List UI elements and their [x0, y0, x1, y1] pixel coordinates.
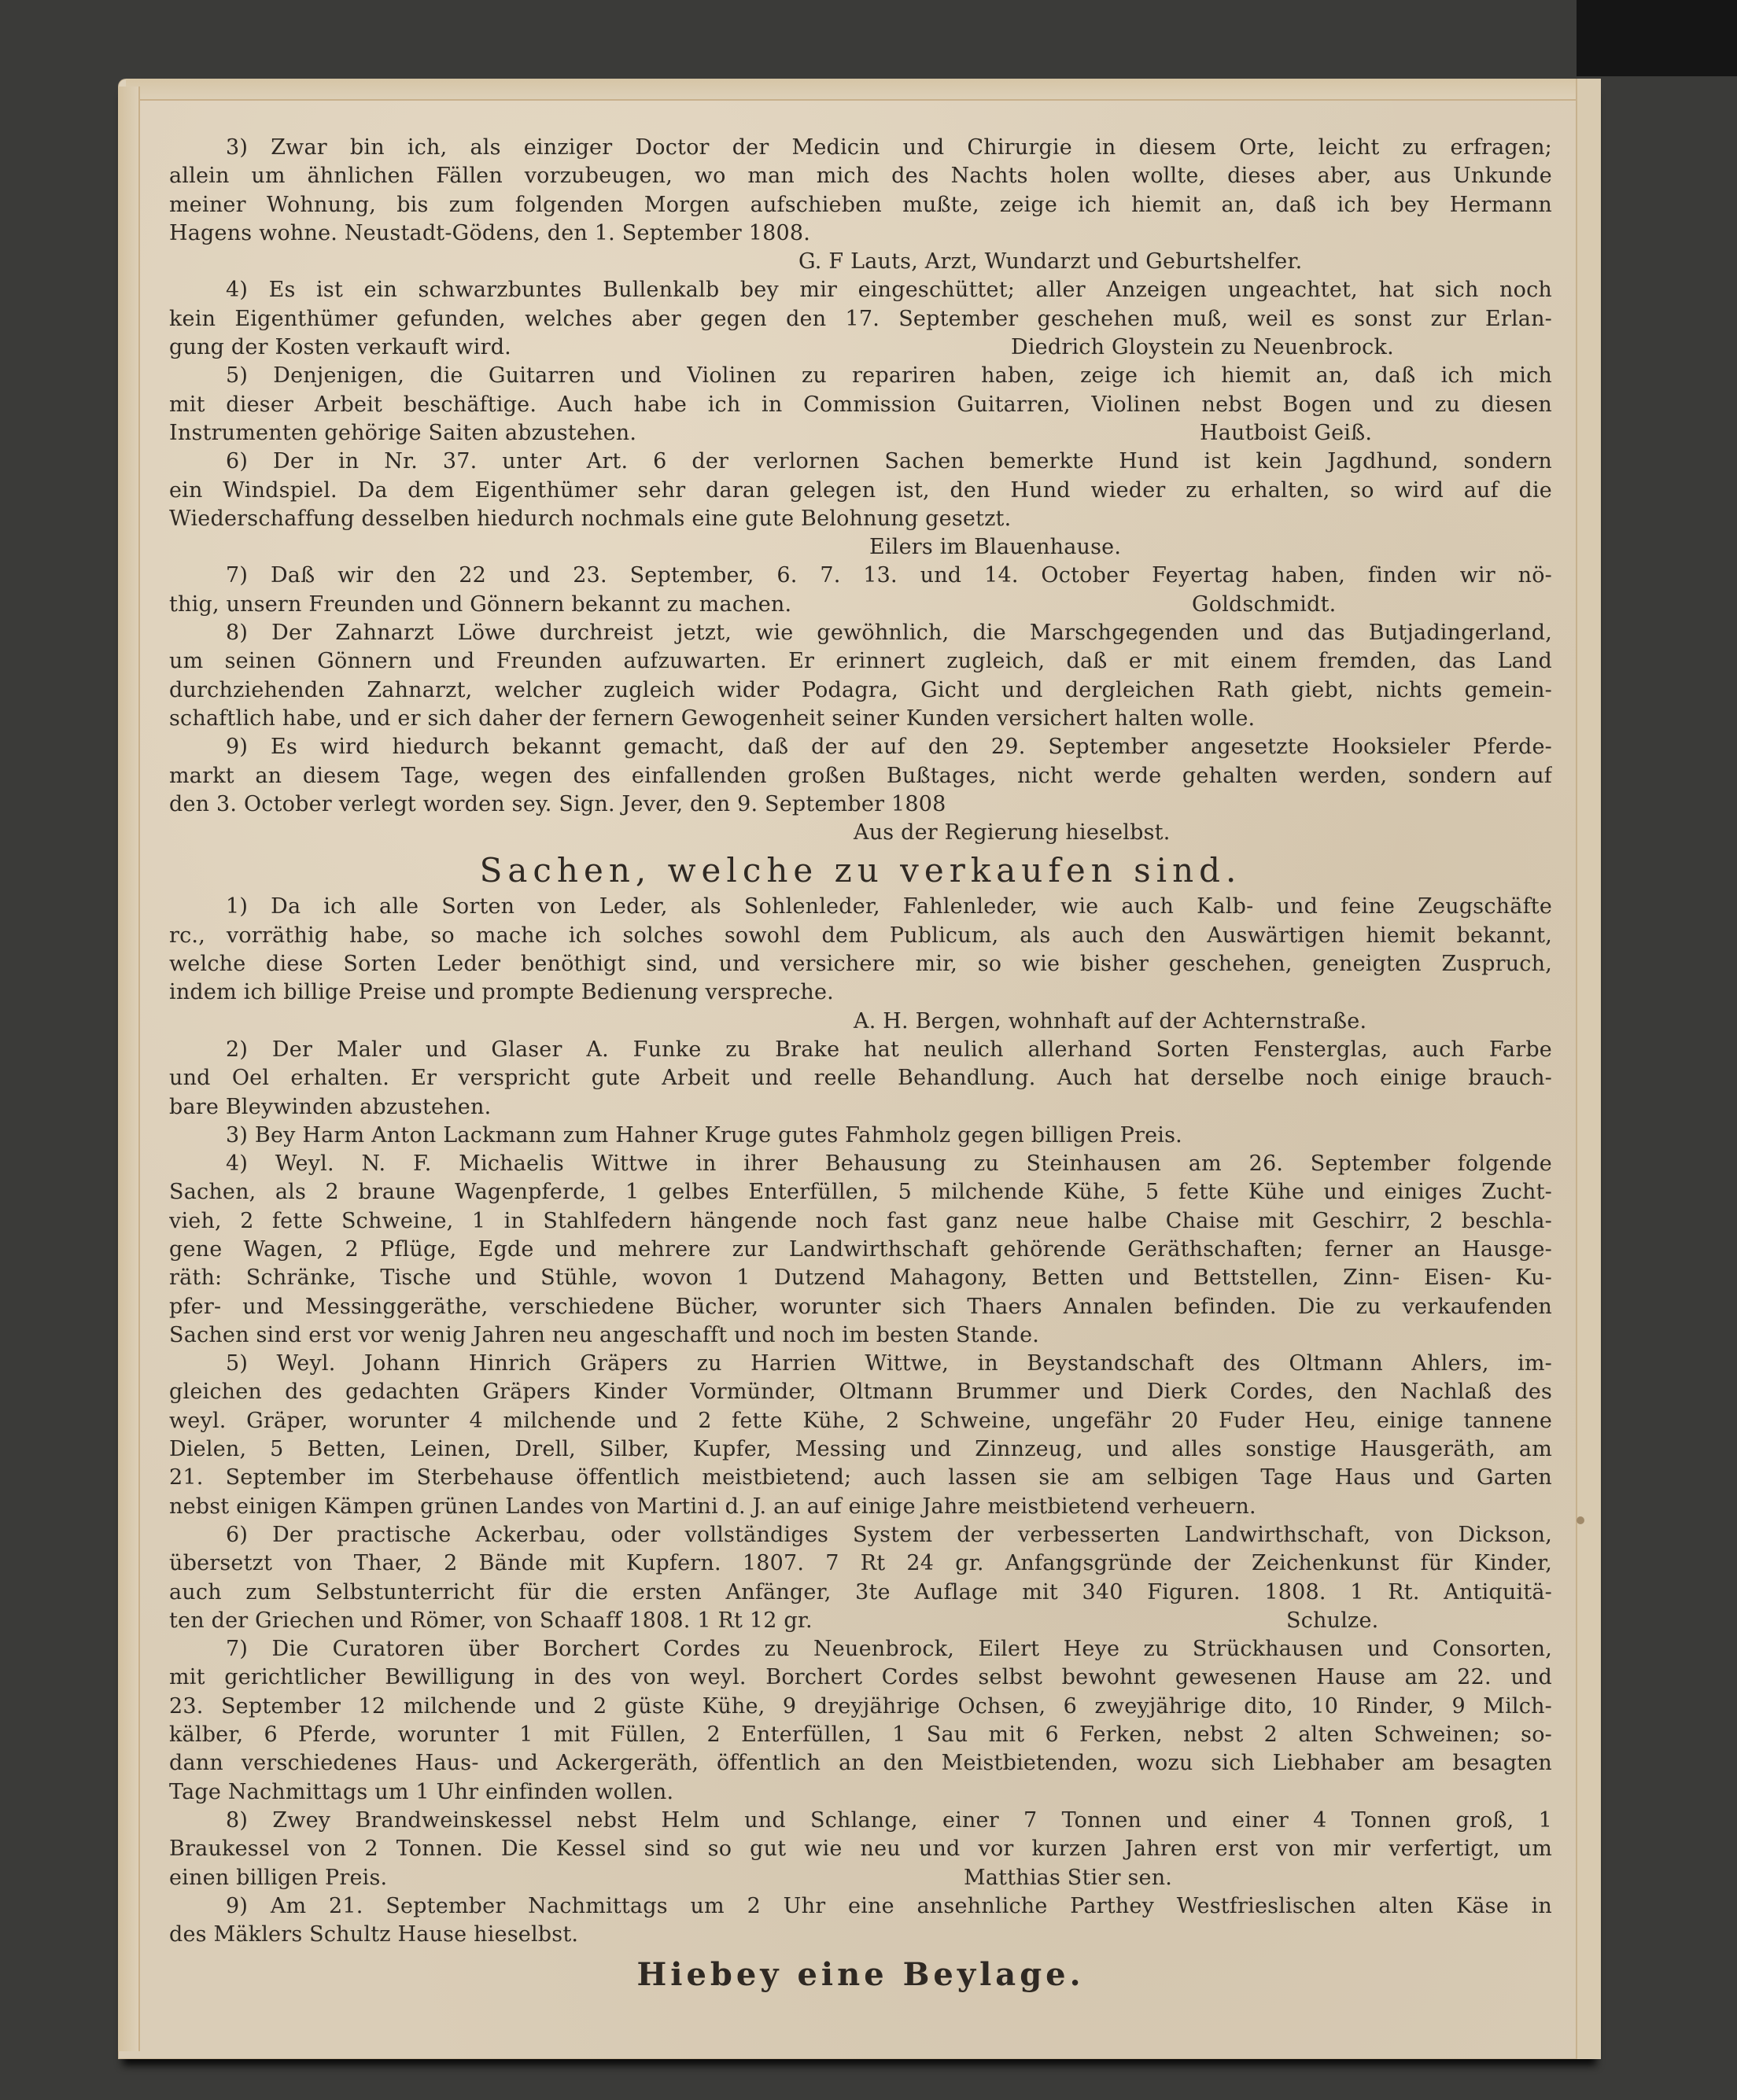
notice-text: meiner Wohnung, bis zum folgenden Morgen…	[169, 193, 1552, 217]
notice-line: mit gerichtlicher Bewilligung in des von…	[169, 1663, 1552, 1692]
notices-section: 3) Zwar bin ich, als einziger Doctor der…	[169, 134, 1552, 847]
notice-item: 6) Der in Nr. 37. unter Art. 6 der verlo…	[169, 448, 1552, 562]
notice-first-line: 5) Denjenigen, die Guitarren und Violine…	[169, 362, 1552, 390]
notice-number: 3)	[226, 1123, 248, 1148]
notice-item: 9) Am 21. September Nachmittags um 2 Uhr…	[169, 1892, 1552, 1950]
notice-line: bare Bleywinden abzustehen.	[169, 1093, 1552, 1122]
notice-signature: A. H. Bergen, wohnhaft auf der Achternst…	[169, 1008, 1552, 1036]
notice-first-line: 4) Es ist ein schwarzbuntes Bullenkalb b…	[169, 276, 1552, 304]
notice-text: 21. September im Sterbehause öffentlich …	[169, 1465, 1552, 1490]
notice-line: Braukessel von 2 Tonnen. Die Kessel sind…	[169, 1835, 1552, 1863]
notice-signature: G. F Lauts, Arzt, Wundarzt und Geburtshe…	[169, 248, 1552, 276]
notice-text: kein Eigenthümer gefunden, welches aber …	[169, 307, 1552, 331]
page-edge-top	[126, 79, 1601, 101]
notice-line: mit dieser Arbeit beschäftige. Auch habe…	[169, 391, 1552, 419]
notice-text: Sachen, als 2 braune Wagenpferde, 1 gelb…	[169, 1180, 1552, 1204]
notice-text: gung der Kosten verkauft wird.	[169, 335, 511, 359]
notice-text: gene Wagen, 2 Pflüge, Egde und mehrere z…	[169, 1237, 1552, 1262]
notice-text: ten der Griechen und Römer, von Schaaff …	[169, 1608, 813, 1633]
notice-text: gleichen des gedachten Gräpers Kinder Vo…	[169, 1380, 1552, 1404]
notice-item: 8) Zwey Brandweinskessel nebst Helm und …	[169, 1807, 1552, 1892]
notice-text: mit gerichtlicher Bewilligung in des von…	[169, 1665, 1552, 1689]
notice-signature: Aus der Regierung hieselbst.	[169, 819, 1552, 847]
notice-number: 1)	[226, 894, 248, 919]
notice-text: welche diese Sorten Leder benöthigt sind…	[169, 952, 1552, 976]
notice-line: schaftlich habe, und er sich daher der f…	[169, 705, 1552, 733]
notice-number: 7)	[226, 563, 248, 588]
dark-backdrop-corner	[1577, 0, 1737, 76]
notice-line: Sachen sind erst vor wenig Jahren neu an…	[169, 1321, 1552, 1350]
notice-text: den 3. October verlegt worden sey. Sign.…	[169, 792, 946, 816]
notice-first-line: 7) Daß wir den 22 und 23. September, 6. …	[169, 562, 1552, 590]
notice-line: gleichen des gedachten Gräpers Kinder Vo…	[169, 1378, 1552, 1406]
notice-text: durchziehenden Zahnarzt, welcher zugleic…	[169, 678, 1552, 702]
notice-line: des Mäklers Schultz Hause hieselbst.	[169, 1921, 1552, 1949]
notice-text: Der practische Ackerbau, oder vollständi…	[272, 1523, 1552, 1547]
notice-text: thig, unsern Freunden und Gönnern bekann…	[169, 592, 791, 617]
notice-text: Der in Nr. 37. unter Art. 6 der verlorne…	[273, 449, 1552, 473]
notice-text: nebst einigen Kämpen grünen Landes von M…	[169, 1494, 1256, 1519]
notice-number: 8)	[226, 621, 248, 645]
page-content: 3) Zwar bin ich, als einziger Doctor der…	[169, 134, 1552, 1995]
notice-text: schaftlich habe, und er sich daher der f…	[169, 706, 1255, 731]
notice-text: Bey Harm Anton Lackmann zum Hahner Kruge…	[255, 1123, 1182, 1148]
page-edge-right	[1576, 79, 1601, 2059]
notice-line: Tage Nachmittags um 1 Uhr einfinden woll…	[169, 1778, 1552, 1807]
notice-item: 3) Zwar bin ich, als einziger Doctor der…	[169, 134, 1552, 276]
section-heading: Sachen, welche zu verkaufen sind.	[169, 852, 1552, 890]
notice-text: Dielen, 5 Betten, Leinen, Drell, Silber,…	[169, 1437, 1552, 1461]
notice-line: kälber, 6 Pferde, worunter 1 mit Füllen,…	[169, 1721, 1552, 1749]
notice-line: nebst einigen Kämpen grünen Landes von M…	[169, 1493, 1552, 1521]
notice-line: dann verschiedenes Haus- und Ackergeräth…	[169, 1749, 1552, 1778]
notice-first-line: 9) Am 21. September Nachmittags um 2 Uhr…	[169, 1892, 1552, 1921]
notice-item: 1) Da ich alle Sorten von Leder, als Soh…	[169, 893, 1552, 1035]
notice-text: übersetzt von Thaer, 2 Bände mit Kupfern…	[169, 1551, 1552, 1575]
notice-text: Weyl. Johann Hinrich Gräpers zu Harrien …	[277, 1351, 1552, 1376]
notice-text: Braukessel von 2 Tonnen. Die Kessel sind…	[169, 1837, 1552, 1861]
notice-line: Sachen, als 2 braune Wagenpferde, 1 gelb…	[169, 1178, 1552, 1207]
notice-number: 4)	[226, 1151, 248, 1176]
notice-line: meiner Wohnung, bis zum folgenden Morgen…	[169, 191, 1552, 219]
notice-first-line: 3) Bey Harm Anton Lackmann zum Hahner Kr…	[169, 1122, 1552, 1150]
notice-text: Die Curatoren über Borchert Cordes zu Ne…	[271, 1637, 1552, 1661]
notice-number: 9)	[226, 735, 248, 759]
notice-signature: Eilers im Blauenhause.	[169, 533, 1552, 562]
notice-first-line: 8) Zwey Brandweinskessel nebst Helm und …	[169, 1807, 1552, 1835]
notice-text: räth: Schränke, Tische und Stühle, wovon…	[169, 1266, 1552, 1290]
notice-text: 23. September 12 milchende und 2 güste K…	[169, 1694, 1552, 1719]
notice-line: übersetzt von Thaer, 2 Bände mit Kupfern…	[169, 1549, 1552, 1578]
notice-text: bare Bleywinden abzustehen.	[169, 1095, 491, 1119]
notice-item: 9) Es wird hiedurch bekannt gemacht, daß…	[169, 733, 1552, 847]
notice-text: markt an diesem Tage, wegen des einfalle…	[169, 764, 1552, 788]
notice-text: dann verschiedenes Haus- und Ackergeräth…	[169, 1751, 1552, 1775]
notice-text: Der Zahnarzt Löwe durchreist jetzt, wie …	[271, 621, 1552, 645]
notice-number: 7)	[226, 1637, 248, 1661]
notice-item: 8) Der Zahnarzt Löwe durchreist jetzt, w…	[169, 619, 1552, 733]
notice-item: 5) Weyl. Johann Hinrich Gräpers zu Harri…	[169, 1350, 1552, 1521]
notice-text: ein Windspiel. Da dem Eigenthümer sehr d…	[169, 478, 1552, 503]
notice-text: mit dieser Arbeit beschäftige. Auch habe…	[169, 392, 1552, 417]
notice-line: welche diese Sorten Leder benöthigt sind…	[169, 950, 1552, 978]
notice-line: 23. September 12 milchende und 2 güste K…	[169, 1693, 1552, 1721]
notice-line: markt an diesem Tage, wegen des einfalle…	[169, 762, 1552, 790]
notice-line: ein Windspiel. Da dem Eigenthümer sehr d…	[169, 477, 1552, 505]
notice-text: Denjenigen, die Guitarren und Violinen z…	[273, 363, 1552, 388]
notice-line: rc., vorräthig habe, so mache ich solche…	[169, 922, 1552, 950]
notice-line: durchziehenden Zahnarzt, welcher zugleic…	[169, 676, 1552, 705]
notice-text: Hagens wohne. Neustadt-Gödens, den 1. Se…	[169, 221, 810, 245]
margin-ink-spot	[1577, 1516, 1584, 1524]
notice-line: räth: Schränke, Tische und Stühle, wovon…	[169, 1264, 1552, 1292]
notice-text: Zwey Brandweinskessel nebst Helm und Sch…	[272, 1808, 1552, 1833]
notice-text: allein um ähnlichen Fällen vorzubeugen, …	[169, 164, 1552, 188]
notice-first-line: 4) Weyl. N. F. Michaelis Wittwe in ihrer…	[169, 1150, 1552, 1178]
notice-line: weyl. Gräper, worunter 4 milchende und 2…	[169, 1407, 1552, 1435]
notice-line: um seinen Gönnern und Freunden aufzuwart…	[169, 647, 1552, 676]
notice-number: 6)	[226, 449, 248, 473]
notice-first-line: 8) Der Zahnarzt Löwe durchreist jetzt, w…	[169, 619, 1552, 647]
notice-item: 4) Weyl. N. F. Michaelis Wittwe in ihrer…	[169, 1150, 1552, 1350]
page-edge-left	[118, 87, 140, 2051]
notice-text: einen billigen Preis.	[169, 1866, 387, 1890]
notice-text: Es ist ein schwarzbuntes Bullenkalb bey …	[269, 278, 1552, 302]
notice-text: Es wird hiedurch bekannt gemacht, daß de…	[271, 735, 1552, 759]
notice-text: Zwar bin ich, als einziger Doctor der Me…	[271, 135, 1552, 160]
for-sale-section: 1) Da ich alle Sorten von Leder, als Soh…	[169, 893, 1552, 1949]
notice-item: 3) Bey Harm Anton Lackmann zum Hahner Kr…	[169, 1122, 1552, 1150]
notice-line: allein um ähnlichen Fällen vorzubeugen, …	[169, 162, 1552, 190]
notice-text: Der Maler und Glaser A. Funke zu Brake h…	[272, 1037, 1552, 1062]
notice-item: 7) Daß wir den 22 und 23. September, 6. …	[169, 562, 1552, 619]
notice-number: 3)	[226, 135, 248, 160]
notice-text: Am 21. September Nachmittags um 2 Uhr ei…	[271, 1894, 1552, 1918]
notice-item: 4) Es ist ein schwarzbuntes Bullenkalb b…	[169, 276, 1552, 362]
notice-first-line: 3) Zwar bin ich, als einziger Doctor der…	[169, 134, 1552, 162]
notice-first-line: 9) Es wird hiedurch bekannt gemacht, daß…	[169, 733, 1552, 761]
notice-line: indem ich billige Preise und prompte Bed…	[169, 978, 1552, 1007]
notice-text: kälber, 6 Pferde, worunter 1 mit Füllen,…	[169, 1722, 1552, 1747]
notice-first-line: 6) Der practische Ackerbau, oder vollstä…	[169, 1521, 1552, 1549]
notice-line: Wiederschaffung desselben hiedurch nochm…	[169, 505, 1552, 533]
notice-line: pfer- und Messinggeräthe, verschiedene B…	[169, 1293, 1552, 1321]
notice-number: 5)	[226, 1351, 248, 1376]
notice-line: den 3. October verlegt worden sey. Sign.…	[169, 790, 1552, 819]
notice-number: 4)	[226, 278, 248, 302]
supplement-note: Hiebey eine Beylage.	[169, 1955, 1552, 1995]
notice-number: 9)	[226, 1894, 248, 1918]
notice-number: 8)	[226, 1808, 248, 1833]
notice-text: rc., vorräthig habe, so mache ich solche…	[169, 923, 1552, 948]
notice-line: und Oel erhalten. Er verspricht gute Arb…	[169, 1064, 1552, 1092]
notice-text: indem ich billige Preise und prompte Bed…	[169, 980, 834, 1004]
notice-line: vieh, 2 fette Schweine, 1 in Stahlfedern…	[169, 1207, 1552, 1236]
notice-item: 7) Die Curatoren über Borchert Cordes zu…	[169, 1635, 1552, 1807]
notice-line: 21. September im Sterbehause öffentlich …	[169, 1464, 1552, 1492]
notice-text: Wiederschaffung desselben hiedurch nochm…	[169, 507, 1011, 531]
notice-text: Da ich alle Sorten von Leder, als Sohlen…	[271, 894, 1552, 919]
notice-text: Daß wir den 22 und 23. September, 6. 7. …	[271, 563, 1552, 588]
notice-text: und Oel erhalten. Er verspricht gute Arb…	[169, 1066, 1552, 1090]
notice-text: weyl. Gräper, worunter 4 milchende und 2…	[169, 1409, 1552, 1433]
notice-first-line: 1) Da ich alle Sorten von Leder, als Soh…	[169, 893, 1552, 921]
notice-first-line: 6) Der in Nr. 37. unter Art. 6 der verlo…	[169, 448, 1552, 476]
notice-line: Dielen, 5 Betten, Leinen, Drell, Silber,…	[169, 1435, 1552, 1464]
notice-text: auch zum Selbstunterricht für die ersten…	[169, 1580, 1552, 1604]
notice-item: 5) Denjenigen, die Guitarren und Violine…	[169, 362, 1552, 448]
notice-text: Instrumenten gehörige Saiten abzustehen.	[169, 421, 636, 445]
notice-item: 2) Der Maler und Glaser A. Funke zu Brak…	[169, 1036, 1552, 1122]
notice-line: auch zum Selbstunterricht für die ersten…	[169, 1579, 1552, 1607]
notice-text: vieh, 2 fette Schweine, 1 in Stahlfedern…	[169, 1209, 1552, 1233]
notice-item: 6) Der practische Ackerbau, oder vollstä…	[169, 1521, 1552, 1635]
notice-line: gene Wagen, 2 Pflüge, Egde und mehrere z…	[169, 1236, 1552, 1264]
notice-first-line: 2) Der Maler und Glaser A. Funke zu Brak…	[169, 1036, 1552, 1064]
notice-number: 6)	[226, 1523, 248, 1547]
notice-text: um seinen Gönnern und Freunden aufzuwart…	[169, 649, 1552, 673]
notice-text: Sachen sind erst vor wenig Jahren neu an…	[169, 1323, 1039, 1347]
notice-number: 5)	[226, 363, 248, 388]
notice-text: des Mäklers Schultz Hause hieselbst.	[169, 1922, 578, 1947]
notice-first-line: 5) Weyl. Johann Hinrich Gräpers zu Harri…	[169, 1350, 1552, 1378]
notice-text: Tage Nachmittags um 1 Uhr einfinden woll…	[169, 1780, 673, 1804]
notice-text: pfer- und Messinggeräthe, verschiedene B…	[169, 1295, 1552, 1319]
notice-number: 2)	[226, 1037, 248, 1062]
notice-text: Weyl. N. F. Michaelis Wittwe in ihrer Be…	[275, 1151, 1552, 1176]
notice-line: Hagens wohne. Neustadt-Gödens, den 1. Se…	[169, 219, 1552, 248]
notice-line: kein Eigenthümer gefunden, welches aber …	[169, 305, 1552, 333]
notice-first-line: 7) Die Curatoren über Borchert Cordes zu…	[169, 1635, 1552, 1663]
